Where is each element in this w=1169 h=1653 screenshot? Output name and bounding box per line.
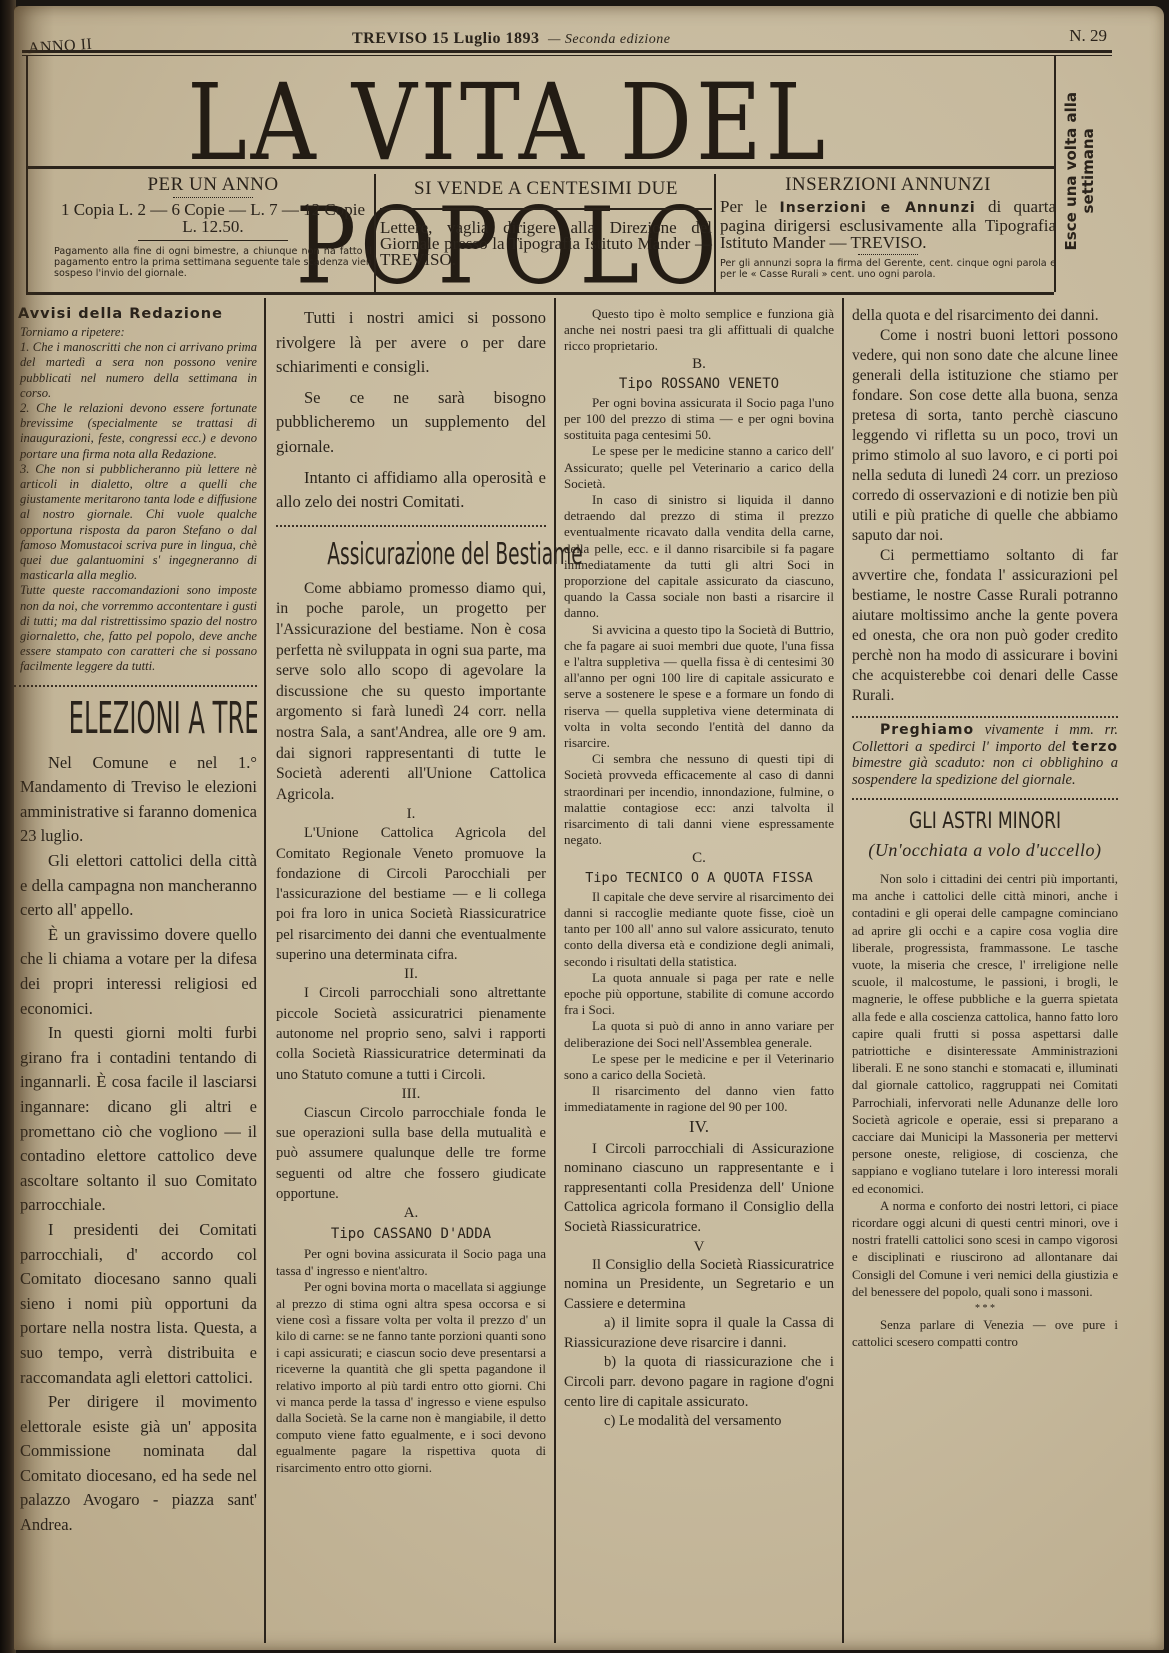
column-rule — [842, 298, 844, 1643]
column-4: della quota e del risarcimento dei danni… — [852, 306, 1118, 1351]
assicurazione-heading: Assicurazione del Bestiame — [276, 531, 546, 579]
section-label-ii: II. — [276, 965, 546, 983]
section-label-i: I. — [276, 805, 546, 823]
masthead-bottom-rule — [26, 166, 1054, 169]
masthead-top-rule — [22, 50, 1112, 53]
section-label-iv: IV. — [564, 1118, 834, 1136]
dateline: TREVISO 15 Luglio 1893 — Seconda edizion… — [352, 30, 671, 48]
section-iv-text: I Circoli parrocchiali di Assicurazione … — [564, 1140, 834, 1238]
divider — [138, 240, 288, 241]
type-c-label: C. — [564, 849, 834, 867]
type-c-title: Tipo TECNICO O A QUOTA FISSA — [564, 870, 834, 886]
section-label-iii: III. — [276, 1085, 546, 1103]
column-3: Questo tipo è molto semplice e funziona … — [564, 306, 834, 1432]
section-divider — [852, 792, 1118, 800]
column-rule — [554, 298, 556, 1643]
header-bottom-rule — [26, 292, 1054, 295]
astri-subtitle: (Un'occhiata a volo d'uccello) — [852, 840, 1118, 861]
subscription-title: PER UN ANNO — [54, 174, 372, 196]
type-a-label: A. — [276, 1204, 546, 1222]
dateline-place-date: TREVISO 15 Luglio 1893 — [352, 30, 539, 47]
box-divider — [714, 174, 716, 292]
section-i-text: L'Unione Cattolica Agricola del Comitato… — [276, 823, 546, 965]
astri-body: Non solo i cittadini dei centri più impo… — [852, 871, 1118, 1351]
subscription-payment-note: Pagamento alla fine di ogni bimestre, a … — [54, 246, 372, 279]
edition-label: — Seconda edizione — [548, 32, 671, 47]
ornament-divider — [858, 254, 918, 255]
column-2: Tutti i nostri amici si possono rivolger… — [276, 306, 546, 1476]
asterism: * * * — [852, 1303, 1118, 1315]
section-label-v: V — [564, 1238, 834, 1256]
column-3-body: Questo tipo è molto semplice e funziona … — [564, 306, 834, 1116]
assicurazione-intro: Come abbiamo promesso diamo qui, in poch… — [276, 579, 546, 806]
elezioni-body: Nel Comune e nel 1.° Mandamento di Trevi… — [14, 751, 257, 1538]
column-1: Avvisi della Redazione Torniamo a ripete… — [14, 306, 257, 1538]
section-v-body: Il Consiglio della Società Riassicuratri… — [564, 1256, 834, 1432]
type-b-title: Tipo ROSSANO VENETO — [564, 376, 834, 392]
sale-title: SI VENDE A CENTESIMI DUE — [380, 178, 712, 200]
subscription-box: PER UN ANNO 1 Copia L. 2 — 6 Copie — L. … — [54, 174, 372, 290]
section-iii-text: Ciascun Circolo parrocchiale fonda le su… — [276, 1103, 546, 1204]
publication-frequency-note: Esce una volta alla settimana — [1060, 56, 1100, 286]
newspaper-page: ANNO II TREVISO 15 Luglio 1893 — Seconda… — [14, 6, 1164, 1650]
type-b-label: B. — [564, 355, 834, 373]
ads-pricing-note: Per gli annunzi sopra la firma del Geren… — [720, 258, 1056, 280]
divider — [380, 208, 712, 210]
column-rule — [264, 298, 266, 1643]
sale-box: SI VENDE A CENTESIMI DUE Lettere, vaglia… — [380, 174, 712, 290]
column-4-body: della quota e del risarcimento dei danni… — [852, 306, 1118, 706]
masthead-left-rule — [26, 56, 28, 292]
issue-number: N. 29 — [1069, 26, 1107, 46]
ads-box: INSERZIONI ANNUNZI Per le Inserzioni e A… — [720, 174, 1056, 290]
elezioni-continued: Tutti i nostri amici si possono rivolger… — [276, 306, 546, 515]
type-a-body: Per ogni bovina assicurata il Socio paga… — [276, 1246, 546, 1476]
ads-title: INSERZIONI ANNUNZI — [720, 174, 1056, 196]
box-divider — [374, 174, 376, 292]
section-divider — [852, 710, 1118, 718]
astri-heading: GLI ASTRI MINORI — [852, 804, 1118, 840]
avvisi-body: Torniamo a ripetere: 1. Che i manoscritt… — [14, 325, 257, 675]
subscription-prices: 1 Copia L. 2 — 6 Copie — L. 7 — 12 Copie… — [54, 201, 372, 235]
section-divider — [276, 519, 546, 527]
elezioni-heading: ELEZIONI A TREVISO — [14, 691, 257, 747]
collectors-notice: Preghiamo vivamente i mm. rr. Collettori… — [852, 722, 1118, 788]
section-divider — [14, 679, 257, 687]
avvisi-heading: Avvisi della Redazione — [14, 306, 257, 322]
ornament-divider — [173, 197, 253, 198]
sale-body: Lettere, vaglia dirigere alla Direzione … — [380, 220, 712, 268]
section-ii-text: I Circoli parrocchiali sono altrettante … — [276, 983, 546, 1084]
masthead-top-rule-thin — [22, 55, 1112, 56]
type-a-title: Tipo CASSANO D'ADDA — [276, 1226, 546, 1242]
ads-body: Per le Inserzioni e Annunzi di quarta pa… — [720, 198, 1056, 251]
